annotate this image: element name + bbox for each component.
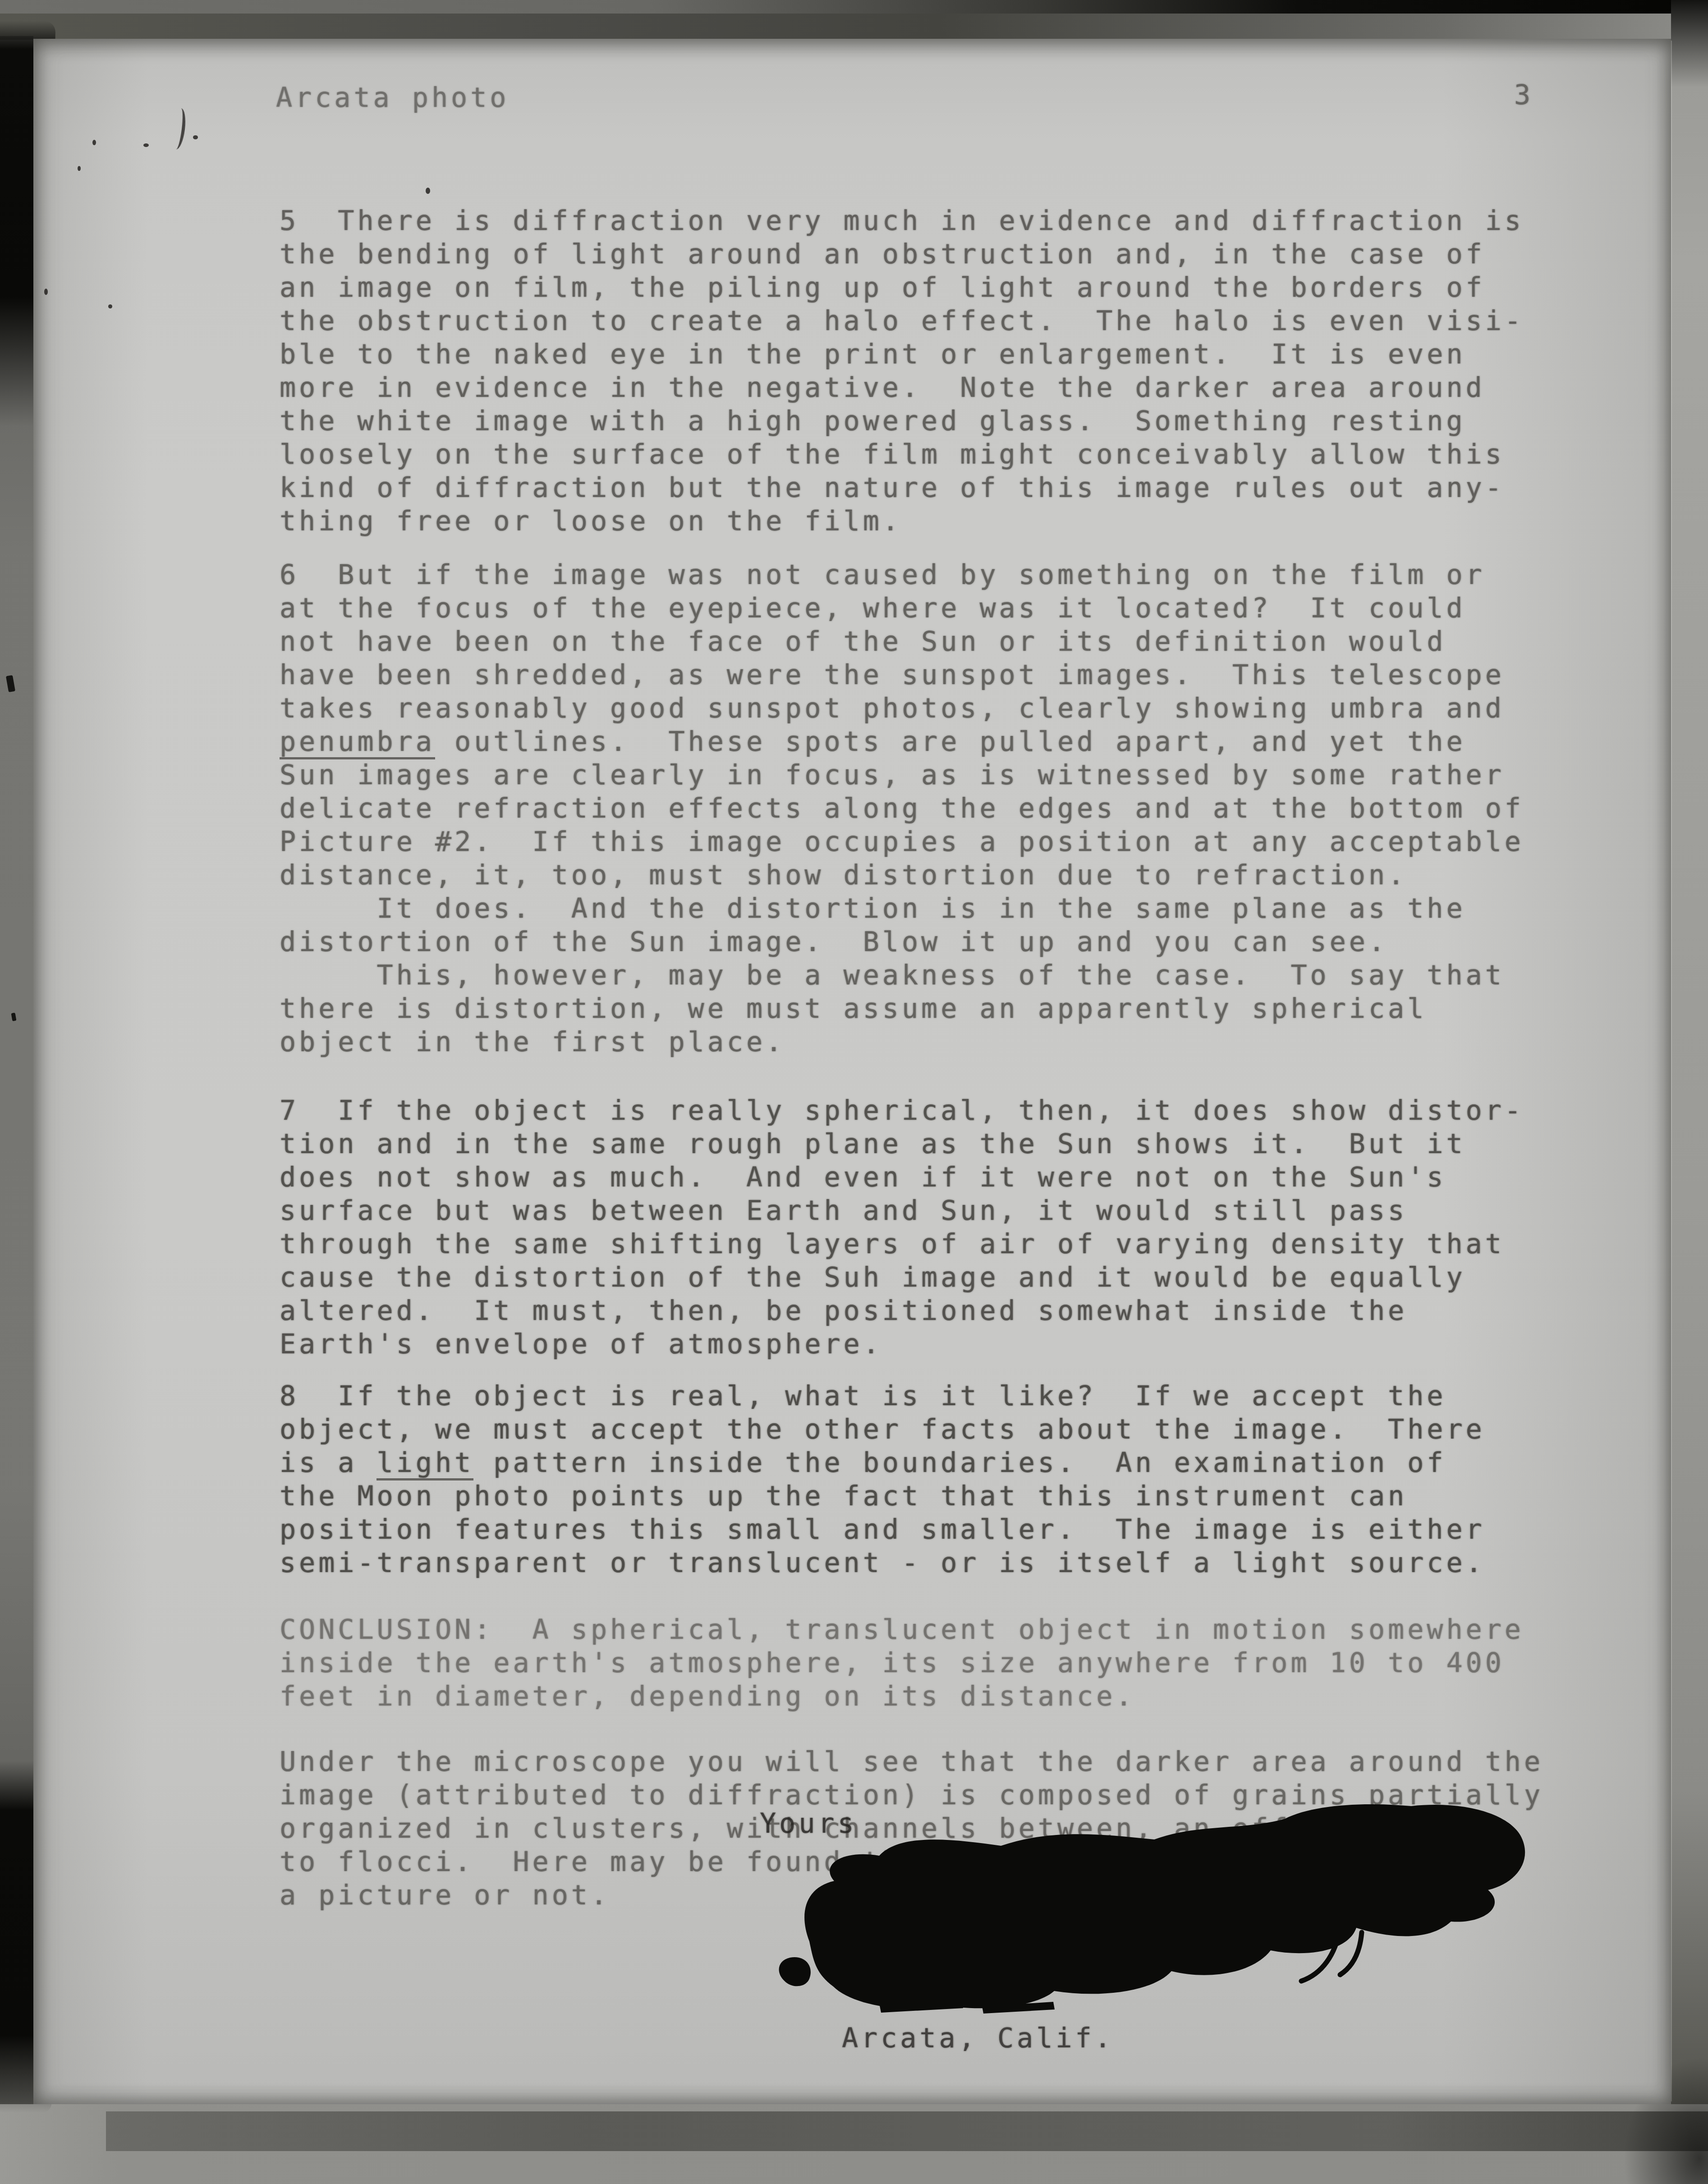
ink-speck bbox=[78, 166, 81, 171]
paragraph-item-5: 5 There is diffraction very much in evid… bbox=[280, 204, 1524, 538]
ink-speck bbox=[426, 188, 430, 194]
underline-penumbra-mark bbox=[280, 757, 435, 759]
scan-edge-right-band bbox=[1671, 0, 1708, 2184]
page-number: 3 bbox=[1514, 78, 1534, 112]
signature-redaction-blob bbox=[767, 1793, 1542, 2027]
ink-speck bbox=[44, 289, 48, 295]
scan-edge-top-strip bbox=[0, 0, 1708, 14]
ink-speck bbox=[143, 143, 149, 147]
ink-speck bbox=[108, 304, 112, 308]
document-title: Arcata photo bbox=[276, 81, 509, 115]
scanned-document-page: Arcata photo 3 5 There is diffraction ve… bbox=[0, 0, 1708, 2184]
paragraph-item-7: 7 If the object is really spherical, the… bbox=[280, 1094, 1524, 1361]
paragraph-conclusion: CONCLUSION: A spherical, translucent obj… bbox=[280, 1613, 1524, 1713]
scan-edge-bottom-shadow bbox=[106, 2111, 1708, 2151]
ink-speck bbox=[92, 140, 96, 145]
paragraph-item-6: 6 But if the image was not caused by som… bbox=[280, 558, 1524, 1059]
ink-speck bbox=[173, 108, 187, 150]
ink-speck bbox=[193, 135, 198, 139]
underline-light-mark bbox=[376, 1478, 473, 1481]
scan-edge-top-shadow bbox=[0, 14, 1708, 40]
